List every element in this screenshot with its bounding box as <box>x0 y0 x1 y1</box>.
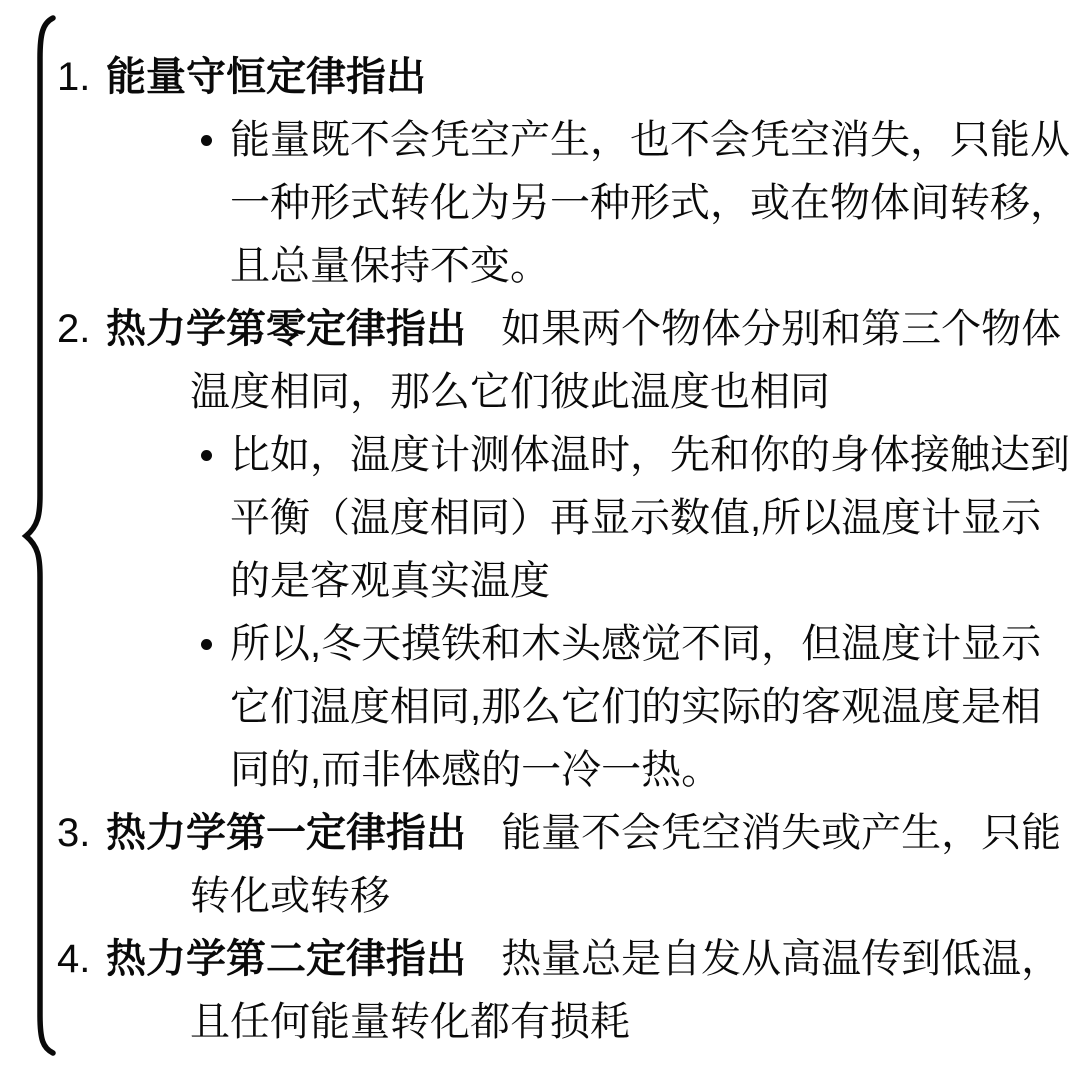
item-first-line: 1. 能量守恒定律指出 <box>0 46 1080 109</box>
laws-list: 1. 能量守恒定律指出 能量既不会凭空产生，也不会凭空消失，只能从 一种形式转化… <box>0 46 1080 1054</box>
bullet-dot-icon <box>201 135 212 146</box>
item-first-line: 4. 热力学第二定律指出 热量总是自发从高温传到低温， <box>0 928 1080 991</box>
item-number: 4. <box>57 928 90 991</box>
notes-page: 1. 能量守恒定律指出 能量既不会凭空产生，也不会凭空消失，只能从 一种形式转化… <box>0 0 1080 1074</box>
bullet-text: 的是客观真实温度 <box>230 559 550 603</box>
list-item: 1. 能量守恒定律指出 能量既不会凭空产生，也不会凭空消失，只能从 一种形式转化… <box>0 46 1080 298</box>
item-heading: 热力学第一定律指出 <box>106 811 466 855</box>
item-text: 热量总是自发从高温传到低温， <box>501 937 1061 981</box>
list-item: 4. 热力学第二定律指出 热量总是自发从高温传到低温， 且任何能量转化都有损耗 <box>0 928 1080 1054</box>
item-text: 能量不会凭空消失或产生，只能 <box>501 811 1061 855</box>
item-first-line: 2. 热力学第零定律指出 如果两个物体分别和第三个物体 <box>0 298 1080 361</box>
bullet-text: 一种形式转化为另一种形式，或在物体间转移， <box>230 181 1070 225</box>
item-text: 如果两个物体分别和第三个物体 <box>501 307 1061 351</box>
item-heading: 热力学第二定律指出 <box>106 937 466 981</box>
bullet-text: 所以,冬天摸铁和木头感觉不同，但温度计显示 <box>230 622 1041 666</box>
item-heading: 能量守恒定律指出 <box>106 55 426 99</box>
bullet-text: 平衡（温度相同）再显示数值,所以温度计显示 <box>230 496 1041 540</box>
item-continuation-line: 且任何能量转化都有损耗 <box>0 991 1080 1054</box>
item-first-line: 3. 热力学第一定律指出 能量不会凭空消失或产生，只能 <box>0 802 1080 865</box>
bullet-text: 同的,而非体感的一冷一热。 <box>230 748 721 792</box>
item-continuation-line: 转化或转移 <box>0 865 1080 928</box>
item-continuation-line: 温度相同，那么它们彼此温度也相同 <box>0 361 1080 424</box>
item-number: 3. <box>57 802 90 865</box>
bullet-item-line: 能量既不会凭空产生，也不会凭空消失，只能从 <box>0 109 1080 172</box>
bullet-item-line: 所以,冬天摸铁和木头感觉不同，但温度计显示 <box>0 613 1080 676</box>
bullet-item-line: 且总量保持不变。 <box>0 235 1080 298</box>
bullet-text: 且总量保持不变。 <box>230 244 550 288</box>
bullet-item-line: 平衡（温度相同）再显示数值,所以温度计显示 <box>0 487 1080 550</box>
bullet-dot-icon <box>201 639 212 650</box>
bullet-dot-icon <box>201 450 212 461</box>
list-item: 2. 热力学第零定律指出 如果两个物体分别和第三个物体 温度相同，那么它们彼此温… <box>0 298 1080 802</box>
item-text: 转化或转移 <box>190 874 390 918</box>
bullet-item-line: 比如，温度计测体温时，先和你的身体接触达到 <box>0 424 1080 487</box>
item-text: 温度相同，那么它们彼此温度也相同 <box>190 370 830 414</box>
item-number: 1. <box>57 46 90 109</box>
item-heading: 热力学第零定律指出 <box>106 307 466 351</box>
bullet-text: 比如，温度计测体温时，先和你的身体接触达到 <box>230 433 1070 477</box>
item-text: 且任何能量转化都有损耗 <box>190 1000 630 1044</box>
item-number: 2. <box>57 298 90 361</box>
bullet-item-line: 它们温度相同,那么它们的实际的客观温度是相 <box>0 676 1080 739</box>
bullet-item-line: 的是客观真实温度 <box>0 550 1080 613</box>
bullet-item-line: 一种形式转化为另一种形式，或在物体间转移， <box>0 172 1080 235</box>
bullet-item-line: 同的,而非体感的一冷一热。 <box>0 739 1080 802</box>
list-item: 3. 热力学第一定律指出 能量不会凭空消失或产生，只能 转化或转移 <box>0 802 1080 928</box>
bullet-text: 它们温度相同,那么它们的实际的客观温度是相 <box>230 685 1041 729</box>
bullet-text: 能量既不会凭空产生，也不会凭空消失，只能从 <box>230 118 1070 162</box>
